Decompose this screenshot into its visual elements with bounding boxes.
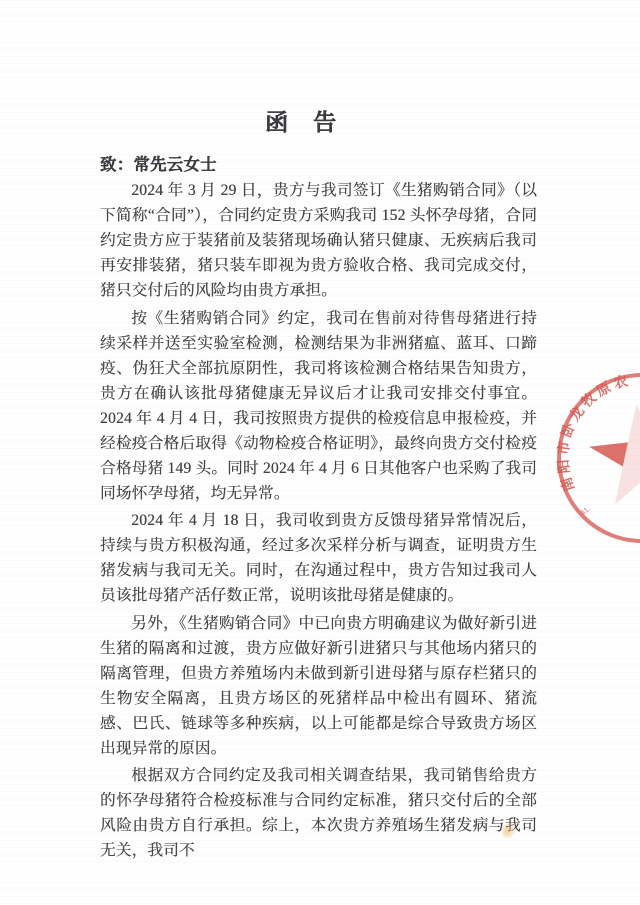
letter-body: 2024 年 3 月 29 日，贵方与我司签订《生猪购销合同》（以下简称“合同”… [100, 178, 537, 866]
body-paragraph: 按《生猪购销合同》约定，我司在售前对待售母猪进行持续采样并送至实验室检测，检测结… [100, 306, 537, 506]
body-paragraph: 2024 年 4 月 18 日，我司收到贵方反馈母猪异常情况后，持续与贵方积极沟… [100, 508, 537, 608]
seal-star-point-icon [589, 442, 628, 466]
company-seal-stamp: 南阳市卧龙牧原农 41. [540, 350, 640, 570]
scan-blemish [426, 820, 433, 825]
body-paragraph: 2024 年 3 月 29 日，贵方与我司签订《生猪购销合同》（以下简称“合同”… [100, 178, 537, 303]
document-title: 函 告 [0, 104, 621, 137]
body-paragraph: 另外，《生猪购销合同》中已向贵方明确建议为做好新引进生猪的隔离和过渡，贵方应做好… [100, 611, 537, 761]
body-paragraph: 根据双方合同约定及我司相关调查结果，我司销售给贵方的怀孕母猪符合检疫标准与合同约… [100, 763, 537, 863]
document-page: 函 告 致：常先云女士 2024 年 3 月 29 日，贵方与我司签订《生猪购销… [0, 0, 640, 905]
recipient-line: 致：常先云女士 [100, 151, 217, 175]
